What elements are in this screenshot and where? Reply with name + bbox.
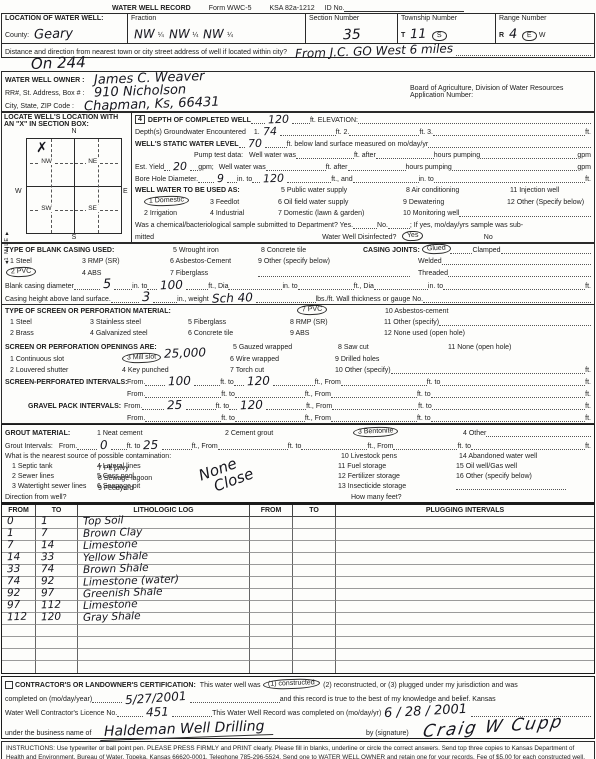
use-item-3: 3 Feedlot (210, 199, 278, 206)
screen-item-12: 12 None used (open hole) (384, 330, 465, 337)
casing-item-4: 4 ABS (82, 270, 170, 277)
contam-item-8: 8 Sewage lagoon (98, 475, 152, 482)
contam-item-14: 14 Abandoned water well (459, 453, 537, 460)
gp2-ft: ft. (585, 415, 591, 422)
grout-ftfrom: ft., From (192, 443, 218, 450)
contam-item-16: 16 Other (specify below) (456, 473, 532, 480)
location-header: LOCATION OF WATER WELL: (2, 14, 128, 26)
casing-joints-label: CASING JOINTS: (363, 247, 420, 254)
county-cell: County: Geary (2, 26, 128, 43)
screen-item-3: 3 Stainless steel (90, 319, 188, 326)
fraction-label: Fraction (128, 14, 306, 26)
est-yield-gpm: gpm; (198, 164, 214, 171)
use-item-4: 4 Industrial (210, 210, 278, 217)
litho-from: 33 (7, 564, 21, 575)
sp-from-value: 100 (168, 375, 191, 388)
dash-line (98, 139, 99, 233)
application-number-label: Application Number: (410, 92, 590, 99)
elevation-blank (358, 121, 591, 124)
gp-from-value: 25 (167, 399, 183, 412)
screen-item-9: 9 ABS (290, 330, 384, 337)
contam-item-7: 7 Pit privy (98, 465, 129, 472)
litho-desc: Gray Shale (83, 611, 141, 624)
well-x-mark: ✗ (36, 141, 48, 155)
sp-ftto-2: ft. to (427, 379, 441, 386)
casing-weight-rest: lbs./ft. Wall thickness or gauge No. (316, 296, 424, 303)
groundwater-label: Depth(s) Groundwater Encountered (135, 129, 246, 136)
contam-item-11: 11 Fuel storage (338, 463, 456, 470)
static-level-value: 70 (247, 138, 261, 149)
owner-label: WATER WELL OWNER : (5, 77, 84, 84)
bore-ft-2: ft. (585, 176, 591, 183)
mile-label: 1 MILE (4, 237, 10, 260)
form-statute: KSA 82a-1212 (269, 5, 314, 12)
slot-size-value: 25,000 (164, 346, 206, 359)
business-name: Haldeman Well Drilling (100, 719, 273, 741)
sp2-ft: ft. (585, 391, 591, 398)
gw-ft: ft. (585, 129, 591, 136)
by-signature-label: by (signature) (366, 730, 409, 737)
grout-section: GROUT MATERIAL: 1 Neat cement 2 Cement g… (1, 424, 595, 503)
section-box-column: LOCATE WELL'S LOCATION WITH AN "X" IN SE… (2, 113, 132, 242)
use-item-10: 10 Monitoring well (403, 210, 459, 217)
distance-blank (456, 53, 591, 56)
compass-s: S (26, 234, 122, 241)
litho-from: 92 (7, 588, 21, 599)
water-well-record-form: WATER WELL RECORD Form WWC-5 KSA 82a-121… (0, 0, 596, 759)
use-item-12: 12 Other (Specify below) (507, 199, 584, 206)
bore-ft-and: ft., and (331, 176, 352, 183)
fraction-cell: NW¼ NW¼ NW¼ (128, 26, 306, 43)
grout-from-label: From. (59, 443, 77, 450)
litho-to: 1 (41, 516, 48, 527)
litho-from: 7 (7, 540, 14, 551)
sp2-ftfrom: ft., From (305, 391, 331, 398)
quadrant-sw: SW (39, 205, 53, 212)
litho-to: 92 (41, 576, 55, 587)
grout-header: GROUT MATERIAL: (5, 430, 97, 437)
gp-to-value: 120 (240, 399, 263, 412)
casing-item-7: 7 Fiberglass (170, 270, 258, 277)
range-cell: R 4 E W (496, 26, 594, 43)
chem-no: No. (377, 222, 388, 229)
gp2-from-label: From. (127, 415, 145, 422)
business-name-label: under the business name of (5, 730, 91, 737)
screen-item-7-circled: 7 PVC (297, 304, 328, 315)
col-plugging-intervals: PLUGGING INTERVALS (336, 505, 594, 517)
screen-item-6: 6 Concrete tile (188, 330, 290, 337)
casing-item-5: 5 Wrought iron (173, 247, 261, 254)
sp-ftfrom: ft., From (315, 379, 341, 386)
owner-city: Chapman, Ks, 66431 (84, 96, 220, 114)
form-number: Form WWC-5 (209, 5, 252, 12)
bore-hole-label: Bore Hole Diameter. (135, 176, 198, 183)
casing-height-label: Casing height above land surface. (5, 296, 111, 303)
litho-to: 14 (41, 540, 55, 551)
contam-item-3: 3 Watertight sewer lines (12, 483, 97, 490)
grout-intervals-label: Grout Intervals: (5, 443, 53, 450)
grout-item-2: 2 Cement grout (225, 430, 353, 437)
quarter-glyph: ¼ (158, 32, 164, 39)
owner-address-label: RR#, St. Address, Box # : (5, 90, 84, 97)
grout-item-3-circled: 3 Bentonite (353, 426, 399, 438)
openings-item-5: 5 Gauzed wrapped (233, 344, 338, 351)
sp-ftto: ft. to (220, 379, 234, 386)
litho-row-empty (2, 661, 594, 673)
static-level-label: WELL'S STATIC WATER LEVEL (135, 141, 239, 148)
grout-item-4: 4 Other (463, 430, 486, 437)
section-number-label: Section Number (306, 14, 398, 26)
yield-rest: Well water was (219, 164, 266, 171)
sp-to-value: 120 (247, 375, 270, 388)
col-from-2: FROM (250, 505, 293, 517)
litho-to: 7 (41, 528, 48, 539)
casing-item-9: 9 Other (specify below) (258, 258, 418, 265)
litho-from: 112 (7, 612, 27, 623)
grout-to-value: 25 (143, 439, 159, 452)
quadrant-se: SE (86, 205, 99, 212)
gw-2: ft. 2. (336, 129, 350, 136)
yield-hours: hours pumping (406, 164, 452, 171)
form-title-row: WATER WELL RECORD Form WWC-5 KSA 82a-121… (0, 0, 596, 13)
pump-hours: hours pumping (434, 152, 480, 159)
contam-item-13: 13 Insecticide storage (338, 483, 456, 490)
cert-body-2: (2) reconstructed, or (3) plugged under … (323, 682, 518, 689)
blank-casing-section: TYPE OF BLANK CASING USED: 5 Wrought iro… (1, 243, 595, 305)
compass-e: E (123, 188, 128, 195)
locate-label-2: AN "X" IN SECTION BOX: (4, 121, 129, 128)
diagram-h-line (27, 186, 121, 187)
use-item-6: 6 Oil field water supply (278, 199, 403, 206)
litho-to: 33 (41, 552, 55, 563)
township-value: 11 (410, 28, 427, 42)
openings-item-6: 6 Wire wrapped (230, 356, 335, 363)
litho-row: 3374Brown Shale (2, 565, 594, 577)
disinfected-label: Water Well Disinfected? (322, 234, 396, 241)
section-number-box (5, 681, 13, 689)
litho-to: 120 (41, 612, 61, 623)
est-yield-label: Est. Yield (135, 164, 164, 171)
section-box-diagram: NW NE SW SE ✗ (26, 138, 122, 234)
well-data-section: LOCATE WELL'S LOCATION WITH AN "X" IN SE… (1, 112, 595, 243)
quadrant-nw: NW (39, 158, 54, 165)
litho-to: 97 (41, 588, 55, 599)
agency-name: Board of Agriculture, Division of Water … (410, 85, 590, 92)
gravel-pack-label: GRAVEL PACK INTERVALS: (28, 403, 124, 410)
gp-ftto: ft. to (216, 403, 230, 410)
quadrant-ne: NE (86, 158, 99, 165)
gp-from-label: From. (124, 403, 142, 410)
range-number-label: Range Number (496, 14, 594, 26)
instructions-box: INSTRUCTIONS: Use typewriter or ball poi… (1, 741, 595, 759)
casing-in-to-2: in. to (282, 283, 297, 290)
quarter-glyph: ¼ (227, 32, 233, 39)
depth-completed-label: DEPTH OF COMPLETED WELL (148, 117, 251, 124)
locate-label-1: LOCATE WELL'S LOCATION WITH (4, 114, 129, 121)
compass-w: W (15, 188, 22, 195)
chem-mitted: mitted (135, 234, 154, 241)
grout-item-1: 1 Neat cement (97, 430, 225, 437)
township-s-circled: S (432, 31, 447, 42)
bore-diameter-value: 9 (217, 173, 224, 184)
sp2-ftto-2: ft. to (417, 391, 431, 398)
id-no-blank (344, 9, 464, 12)
openings-item-9: 9 Drilled holes (335, 356, 379, 363)
use-header: WELL WATER TO BE USED AS: (135, 187, 281, 194)
range-w: W (539, 32, 546, 39)
dash-line (51, 139, 52, 233)
use-item-8: 8 Air conditioning (406, 187, 510, 194)
litho-to: 74 (41, 564, 55, 575)
bore-depth-value: 120 (263, 173, 284, 185)
gw-3: ft. 3. (419, 129, 433, 136)
chem-ifyes: ; If yes, mo/day/yrs sample was sub- (410, 222, 523, 229)
casing-ft-dia-2: ft., Dia (354, 283, 374, 290)
section-4-box: 4 (135, 115, 145, 124)
screen-item-1: 1 Steel (10, 319, 90, 326)
completed-on-label: completed on (mo/day/year) (5, 696, 92, 703)
col-to-2: TO (293, 505, 336, 517)
distance-row: Distance and direction from nearest town… (2, 43, 594, 57)
contamination-block: What is the nearest source of possible c… (2, 451, 594, 502)
gw-1-value: 74 (263, 126, 277, 137)
use-item-1-circled: 1 Domestic (144, 195, 189, 207)
grout-ftto-3: ft. to (457, 443, 471, 450)
certification-header: CONTRACTOR'S OR LANDOWNER'S CERTIFICATIO… (15, 682, 196, 689)
casing-weight-label: in., weight (177, 296, 209, 303)
contam-item-15: 15 Oil well/Gas well (456, 463, 517, 470)
sp-from-label: From. (127, 379, 145, 386)
well-data-column: 4 DEPTH OF COMPLETED WELL 120 ft. ELEVAT… (132, 113, 594, 242)
section-number-value: 35 (342, 28, 360, 43)
use-item-7: 7 Domestic (lawn & garden) (278, 210, 403, 217)
casing-item-2-circled: 2 PVC (6, 266, 37, 277)
record-completed-label: This Water Well Record was completed on … (212, 710, 381, 717)
grout-from-value: 0 (100, 439, 108, 451)
casing-diameter-value: 5 (103, 278, 112, 291)
openings-item-3-circled: 3 Mill slot (122, 352, 162, 363)
casing-in-to: in. to (132, 283, 147, 290)
gp-ftto-2: ft. to (418, 403, 432, 410)
casing-in-to-3: in. to (428, 283, 443, 290)
disinfected-yes-circled: Yes (402, 231, 424, 242)
use-item-2: 2 Irrigation (144, 210, 210, 217)
how-many-feet-label: How many feet? (351, 494, 402, 501)
gp2-ftto: ft. to (221, 415, 235, 422)
openings-item-10: 10 Other (specify) (335, 367, 391, 374)
contamination-question: What is the nearest source of possible c… (5, 453, 341, 460)
screen-item-5: 5 Fiberglass (188, 319, 290, 326)
casing-joint-threaded: Threaded (418, 270, 448, 277)
casing-joint-glued-circled: Glued (422, 244, 451, 255)
grout-ftto-2: ft. to (288, 443, 302, 450)
litho-row-empty (2, 637, 594, 649)
lithologic-log-table: FROM TO LITHOLOGIC LOG FROM TO PLUGGING … (1, 503, 595, 674)
use-item-9: 9 Dewatering (403, 199, 507, 206)
casing-ft: ft. (585, 283, 591, 290)
chem-question: Was a chemical/bacteriological sample su… (135, 222, 353, 229)
sp2-from-label: From. (127, 391, 145, 398)
litho-from: 74 (7, 576, 21, 587)
mile-arrow-down: ▼ (4, 260, 9, 266)
openings-item-1: 1 Continuous slot (10, 356, 122, 363)
screen-perforated-label: SCREEN-PERFORATED INTERVALS: (5, 379, 127, 386)
openings-item-8: 8 Saw cut (338, 344, 448, 351)
pump-test-label: Pump test data: (194, 152, 243, 159)
contam-item-9: 9 Feedyard (98, 485, 133, 492)
instructions-line-2: Environment, Bureau of Water, Topeka, Ka… (38, 754, 585, 759)
licence-label: Water Well Contractor's Licence No. (5, 710, 117, 717)
compass-n: N (26, 128, 122, 135)
fraction-q1: NW (134, 28, 155, 41)
casing-header: TYPE OF BLANK CASING USED: (5, 247, 173, 254)
screen-item-2: 2 Brass (10, 330, 90, 337)
litho-to: 112 (41, 600, 61, 611)
gp-ft: ft. (585, 403, 591, 410)
casing-joint-clamped: Clamped (472, 247, 500, 254)
cert-body-1: This water well was (200, 682, 261, 689)
litho-row-empty (2, 649, 594, 661)
screen-item-4: 4 Galvanized steel (90, 330, 188, 337)
casing-item-6: 6 Asbestos-Cement (170, 258, 258, 265)
fraction-q3: NW (203, 28, 224, 41)
casing-item-8: 8 Concrete tile (261, 247, 363, 254)
grout-ftto: ft. to (127, 443, 141, 450)
openings-item-7: 7 Torch cut (230, 367, 335, 374)
screen-item-11: 11 Other (specify) (384, 319, 439, 326)
range-e-circled: E (522, 31, 537, 42)
bore-in-to: in. to (237, 176, 252, 183)
yield-gpm2: gpm (577, 164, 591, 171)
pump-test-rest: Well water was (249, 152, 296, 159)
distance-value-2: On 244 (31, 55, 86, 72)
grout-ftfrom-2: ft., From (367, 443, 393, 450)
pump-gpm: gpm (577, 152, 591, 159)
certification-section: CONTRACTOR'S OR LANDOWNER'S CERTIFICATIO… (1, 676, 595, 739)
casing-weight-value: Sch 40 (211, 291, 252, 304)
section-number-cell: 35 (306, 26, 398, 43)
grout-ft: ft. (585, 443, 591, 450)
id-no-label: ID No. (325, 5, 345, 12)
range-r: R (499, 32, 504, 39)
contam-item-12: 12 Fertilizer storage (338, 473, 456, 480)
openings-item-2: 2 Louvered shutter (10, 367, 122, 374)
direction-from-well-label: Direction from well? (5, 494, 351, 501)
contam-item-2: 2 Sewer lines (12, 473, 97, 480)
screen-item-10: 10 Asbestos-cement (385, 308, 448, 315)
est-yield-value: 20 (173, 161, 187, 172)
openings-item-4: 4 Key punched (122, 367, 230, 374)
owner-city-label: City, State, ZIP Code : (5, 103, 74, 110)
screen-header: TYPE OF SCREEN OR PERFORATION MATERIAL: (5, 308, 297, 315)
contam-item-1: 1 Septic tank (12, 463, 97, 470)
casing-ft-dia: ft., Dia (208, 283, 228, 290)
gw-1: 1. (254, 129, 260, 136)
one-mile-scale: ▲ 1 MILE ▼ (4, 231, 10, 266)
agency-block: Board of Agriculture, Division of Water … (410, 85, 590, 99)
openings-ft: ft. (585, 367, 591, 374)
screen-item-8: 8 RMP (SR) (290, 319, 384, 326)
depth-ft: ft. ELEVATION: (310, 117, 358, 124)
pump-after: ft. after (354, 152, 376, 159)
contam-other-blank (456, 487, 566, 490)
location-section: LOCATION OF WATER WELL: Fraction Section… (1, 13, 595, 58)
county-value: Geary (34, 27, 74, 41)
litho-row: 112120Gray Shale (2, 613, 594, 625)
form-title: WATER WELL RECORD (112, 5, 191, 12)
casing-other-blank (258, 274, 410, 277)
litho-desc: Top Soil (83, 515, 124, 527)
casing-item-3: 3 RMP (SR) (82, 258, 170, 265)
casing-item-1: 1 Steel (10, 258, 82, 265)
contam-item-10: 10 Livestock pens (341, 453, 459, 460)
county-label: County: (5, 32, 29, 39)
sp2-ftto: ft. to (221, 391, 235, 398)
gp2-ftto-2: ft. to (417, 415, 431, 422)
depth-completed-value: 120 (268, 114, 289, 126)
disinfected-no: No (484, 234, 493, 241)
use-item-5: 5 Public water supply (281, 187, 406, 194)
owner-section: WATER WELL OWNER : James C. Weaver RR#, … (1, 71, 595, 112)
litho-row-empty (2, 625, 594, 637)
gp2-ftfrom: ft., From (305, 415, 331, 422)
yield-after: ft. after (326, 164, 348, 171)
casing-depth-value: 100 (160, 279, 183, 292)
openings-item-11: 11 None (open hole) (448, 344, 511, 351)
casing-joint-welded: Welded (418, 258, 442, 265)
quarter-glyph: ¼ (192, 32, 198, 39)
bore-in-to-2: in. to (419, 176, 434, 183)
litho-from: 0 (7, 516, 14, 527)
static-level-rest: ft. below land surface measured on mo/da… (287, 141, 429, 148)
litho-from: 14 (7, 552, 21, 563)
location-grid: LOCATION OF WATER WELL: Fraction Section… (2, 14, 594, 43)
gp-ftfrom: ft., From (306, 403, 332, 410)
litho-from: 97 (7, 600, 21, 611)
fraction-q2: NW (168, 28, 189, 41)
casing-diameter-label: Blank casing diameter (5, 283, 74, 290)
township-number-label: Township Number (398, 14, 496, 26)
township-t: T (401, 32, 405, 39)
licence-number: 451 (146, 706, 169, 719)
range-value: 4 (509, 28, 518, 41)
sp-ft: ft. (585, 379, 591, 386)
use-item-11: 11 Injection well (510, 187, 559, 194)
screen-material-section: TYPE OF SCREEN OR PERFORATION MATERIAL: … (1, 305, 595, 424)
casing-height-value: 3 (142, 291, 151, 304)
litho-from: 1 (7, 528, 14, 539)
constructed-circled: (1) constructed (263, 678, 320, 690)
